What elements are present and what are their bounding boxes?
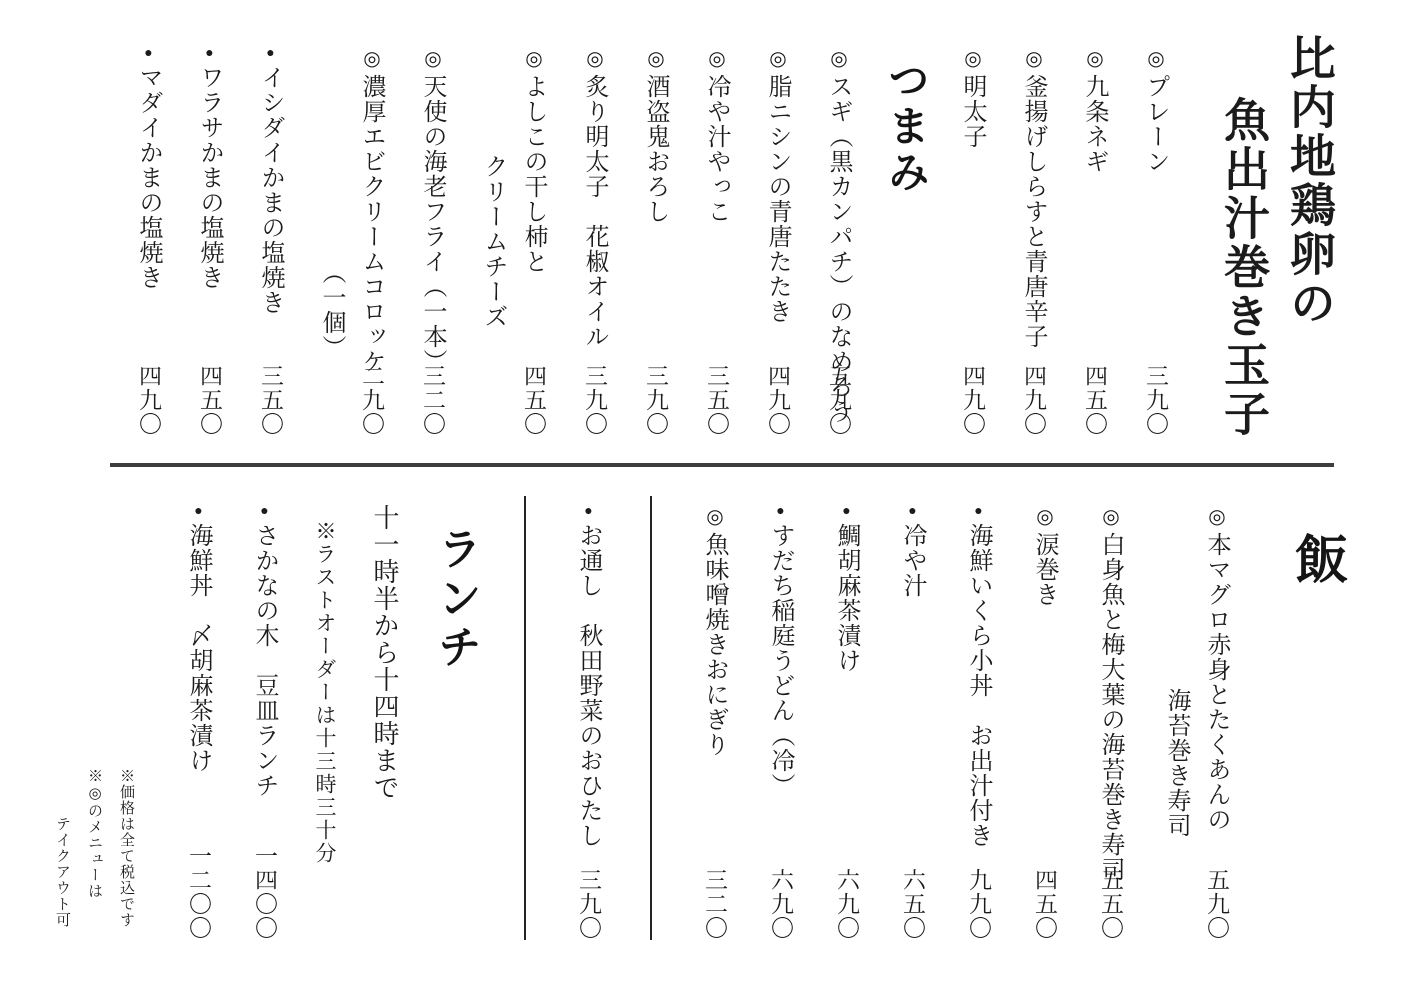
item-name: ◎天使の海老フライ（一本）	[412, 30, 452, 374]
item-name: ●さかなの木 豆皿ランチ	[244, 496, 284, 798]
tsumami-items: ◎スギ（黒カンパチ）のなめろう五九〇◎脂ニシンの青唐たたき四九〇◎冷や汁やっこ三…	[128, 30, 858, 436]
takeout-double-circle-icon: ◎	[360, 46, 382, 74]
section-bottom: 飯 ◎本マグロ赤身とたくあんの海苔巻き寿司五九〇◎白身魚と梅大葉の海苔巻き寿司五…	[50, 496, 1346, 940]
item-name: ●お通し 秋田野菜のおひたし	[568, 496, 608, 848]
takeout-double-circle-icon: ◎	[1083, 46, 1105, 74]
item-price: 六五〇	[892, 868, 932, 940]
menu-item: ◎魚味噌焼きおにぎり三二〇	[694, 496, 734, 940]
item-name: ◎釜揚げしらすと青唐辛子	[1013, 30, 1053, 349]
item-price: 三九〇	[574, 364, 614, 436]
takeout-double-circle-icon: ◎	[961, 46, 983, 74]
heading-lunch: ランチ	[428, 496, 482, 940]
takeout-double-circle-icon: ◎	[827, 46, 849, 74]
menu-item: ◎酒盗鬼おろし三九〇	[635, 30, 675, 436]
menu-item: ◎プレーン三九〇	[1135, 30, 1175, 436]
item-name-wrapped-line: 海苔巻き寿司	[1156, 504, 1196, 838]
menu-item: ◎よしこの干し柿とクリームチーズ四五〇	[473, 30, 553, 436]
item-price: 一二〇〇	[178, 844, 218, 940]
takeout-double-circle-icon: ◎	[705, 46, 727, 74]
menu-title-line2: 魚出汁巻き玉子	[1210, 34, 1276, 462]
item-price: 三二〇	[412, 364, 452, 436]
bullet-icon: ●	[839, 504, 854, 523]
tamago-items: ◎プレーン三九〇◎九条ネギ四五〇◎釜揚げしらすと青唐辛子四九〇◎明太子四九〇	[952, 30, 1175, 436]
bullet-icon: ●	[905, 504, 920, 523]
menu-item: ◎炙り明太子 花椒オイル三九〇	[574, 30, 614, 436]
menu-item: ◎九条ネギ四五〇	[1074, 30, 1114, 436]
item-price: 六九〇	[760, 868, 800, 940]
item-name: ●海鮮いくら小丼 お出汁付き	[958, 496, 998, 848]
menu-item: ◎本マグロ赤身とたくあんの海苔巻き寿司五九〇	[1156, 496, 1236, 940]
item-price: 三九〇	[635, 364, 675, 436]
menu-item: ◎脂ニシンの青唐たたき四九〇	[757, 30, 797, 436]
item-price: 六九〇	[826, 868, 866, 940]
item-price: 四五〇	[1024, 868, 1064, 940]
item-price: 四九〇	[128, 364, 168, 436]
item-price: 四五〇	[1074, 364, 1114, 436]
item-name: ◎白身魚と梅大葉の海苔巻き寿司	[1090, 496, 1130, 882]
item-price: 三九〇	[568, 868, 608, 940]
menu-item: ◎スギ（黒カンパチ）のなめろう五九〇	[818, 30, 858, 436]
menu-item: ◎釜揚げしらすと青唐辛子四九〇	[1013, 30, 1053, 436]
item-name: ●海鮮丼 〆胡麻茶漬け	[178, 496, 218, 773]
footer-notes: ※価格は全て税込です ※◎のメニューは テイクアウト可	[50, 768, 138, 940]
menu-item: ●さかなの木 豆皿ランチ一四〇〇	[244, 496, 284, 940]
takeout-double-circle-icon: ◎	[583, 46, 605, 74]
item-price: 三五〇	[696, 364, 736, 436]
item-name-wrapped-line: （一個）	[311, 46, 351, 374]
note-price-tax: ※価格は全て税込です	[114, 768, 138, 940]
item-name: ◎魚味噌焼きおにぎり	[694, 496, 734, 757]
menu-item: ●冷や汁六五〇	[892, 496, 932, 940]
lunch-last-order-note: ※ラストオーダーは十三時三十分	[310, 496, 340, 940]
takeout-double-circle-icon: ◎	[1205, 504, 1227, 532]
bullet-icon: ●	[263, 46, 278, 65]
item-name: ◎明太子	[952, 30, 992, 149]
takeout-double-circle-icon: ◎	[421, 46, 443, 74]
takeout-double-circle-icon: ◎	[703, 504, 725, 532]
menu-item: ●お通し 秋田野菜のおひたし三九〇	[568, 496, 608, 940]
menu-item: ●イシダイかまの塩焼き三五〇	[250, 30, 290, 436]
item-name-wrapped-line: クリームチーズ	[473, 46, 513, 329]
item-name: ◎炙り明太子 花椒オイル	[574, 30, 614, 349]
menu-item: ●海鮮いくら小丼 お出汁付き九九〇	[958, 496, 998, 940]
menu-item: ◎濃厚エビクリームコロッケ（一個）二九〇	[311, 30, 391, 436]
item-name: ◎よしこの干し柿とクリームチーズ	[473, 30, 553, 329]
item-price: 九九〇	[958, 868, 998, 940]
bullet-icon: ●	[202, 46, 217, 65]
item-name: ◎涙巻き	[1024, 496, 1064, 607]
menu-item: ◎白身魚と梅大葉の海苔巻き寿司五五〇	[1090, 496, 1130, 940]
lunch-hours: 十一時半から十四時まで	[366, 496, 402, 940]
bullet-icon: ●	[257, 504, 272, 523]
item-name: ●鯛胡麻茶漬け	[826, 496, 866, 673]
menu-title: 比内地鶏卵の 魚出汁巻き玉子	[1210, 30, 1342, 462]
menu-item: ●すだち稲庭うどん（冷）六九〇	[760, 496, 800, 940]
takeout-double-circle-icon: ◎	[1022, 46, 1044, 74]
menu-page: 比内地鶏卵の 魚出汁巻き玉子 ◎プレーン三九〇◎九条ネギ四五〇◎釜揚げしらすと青…	[0, 0, 1416, 1002]
takeout-double-circle-icon: ◎	[522, 46, 544, 74]
bullet-icon: ●	[773, 504, 788, 523]
item-price: 四九〇	[757, 364, 797, 436]
item-name: ●イシダイかまの塩焼き	[250, 30, 290, 315]
menu-item: ◎明太子四九〇	[952, 30, 992, 436]
bullet-icon: ●	[971, 504, 986, 523]
menu-title-line1: 比内地鶏卵の	[1276, 34, 1342, 462]
item-price: 三九〇	[1135, 364, 1175, 436]
item-name: ●すだち稲庭うどん（冷）	[760, 496, 800, 798]
takeout-double-circle-icon: ◎	[644, 46, 666, 74]
item-price: 三五〇	[250, 364, 290, 436]
item-name: ◎濃厚エビクリームコロッケ（一個）	[311, 30, 391, 374]
item-price: 四九〇	[952, 364, 992, 436]
takeout-double-circle-icon: ◎	[1144, 46, 1166, 74]
lunch-items: ●さかなの木 豆皿ランチ一四〇〇●海鮮丼 〆胡麻茶漬け一二〇〇	[178, 496, 284, 940]
item-price: 五九〇	[818, 364, 858, 436]
item-price: 三二〇	[694, 868, 734, 940]
takeout-double-circle-icon: ◎	[1099, 504, 1121, 532]
takeout-double-circle-icon: ◎	[1033, 504, 1055, 532]
takeout-double-circle-icon: ◎	[766, 46, 788, 74]
item-name: ●ワラサかまの塩焼き	[189, 30, 229, 290]
item-price: 一四〇〇	[244, 844, 284, 940]
bullet-icon: ●	[141, 46, 156, 65]
item-price: 五五〇	[1090, 868, 1130, 940]
item-name: ●冷や汁	[892, 496, 932, 598]
horizontal-divider	[110, 463, 1334, 467]
item-name: ◎九条ネギ	[1074, 30, 1114, 174]
meshi-items: ◎本マグロ赤身とたくあんの海苔巻き寿司五九〇◎白身魚と梅大葉の海苔巻き寿司五五〇…	[694, 496, 1236, 940]
item-name: ◎プレーン	[1135, 30, 1175, 174]
menu-item: ◎冷や汁やっこ三五〇	[696, 30, 736, 436]
vertical-divider-right	[650, 496, 652, 940]
menu-item: ◎涙巻き四五〇	[1024, 496, 1064, 940]
note-takeout-cont: テイクアウト可	[50, 768, 74, 940]
section-top: 比内地鶏卵の 魚出汁巻き玉子 ◎プレーン三九〇◎九条ネギ四五〇◎釜揚げしらすと青…	[128, 30, 1342, 436]
menu-item: ●海鮮丼 〆胡麻茶漬け一二〇〇	[178, 496, 218, 940]
note-takeout: ※◎のメニューは	[82, 768, 106, 940]
item-price: 四九〇	[1013, 364, 1053, 436]
menu-item: ●鯛胡麻茶漬け六九〇	[826, 496, 866, 940]
item-name: ◎本マグロ赤身とたくあんの海苔巻き寿司	[1156, 496, 1236, 838]
vertical-divider-left	[524, 496, 526, 940]
otoshi-items: ●お通し 秋田野菜のおひたし三九〇	[568, 496, 608, 940]
item-name: ◎脂ニシンの青唐たたき	[757, 30, 797, 324]
item-name: ◎冷や汁やっこ	[696, 30, 736, 224]
bullet-icon: ●	[191, 504, 206, 523]
item-name: ◎酒盗鬼おろし	[635, 30, 675, 224]
bullet-icon: ●	[581, 504, 596, 523]
item-price: 二九〇	[351, 364, 391, 436]
heading-meshi: 飯	[1284, 496, 1346, 940]
item-price: 四五〇	[189, 364, 229, 436]
item-name: ●マダイかまの塩焼き	[128, 30, 168, 290]
menu-item: ●マダイかまの塩焼き四九〇	[128, 30, 168, 436]
menu-item: ●ワラサかまの塩焼き四五〇	[189, 30, 229, 436]
heading-tsumami: つまみ	[879, 30, 931, 436]
item-price: 四五〇	[513, 364, 553, 436]
item-price: 五九〇	[1196, 868, 1236, 940]
menu-item: ◎天使の海老フライ（一本）三二〇	[412, 30, 452, 436]
